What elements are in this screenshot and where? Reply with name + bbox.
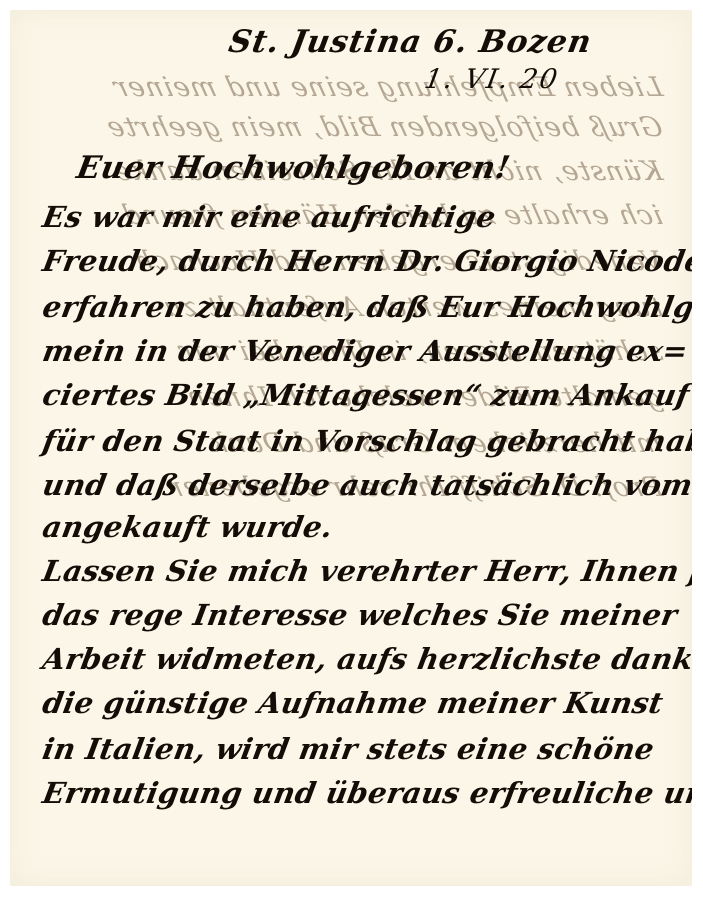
letter-salutation: Euer Hochwohlgeboren!: [74, 150, 513, 186]
letter-body-line: die günstige Aufnahme meiner Kunst: [40, 686, 666, 720]
bleed-through-line: Lieben Empfehlung seine und meiner: [18, 72, 666, 103]
letter-body-line: angekauft wurde.: [40, 510, 335, 544]
letter-body-line: Es war mir eine aufrichtige: [40, 200, 498, 234]
letter-body-line: Ermutigung und überaus erfreuliche und: [40, 776, 692, 810]
letter-place-heading: St. Justina 6. Bozen: [226, 24, 595, 60]
letter-body-line: ciertes Bild „Mittagessen“ zum Ankauf: [40, 378, 692, 412]
letter-body-line: für den Staat in Vorschlag gebracht habe…: [40, 424, 692, 458]
letter-date: 1. VI. 20: [422, 64, 561, 95]
letter-body-line: und daß derselbe auch tatsächlich vom se…: [40, 468, 692, 502]
letter-body-line: das rege Interesse welches Sie meiner: [40, 598, 680, 632]
letter-body-line: Arbeit widmeten, aufs herzlichste danken…: [40, 642, 692, 676]
letter-body-line: erfahren zu haben, daß Eur Hochwohlgeb.: [40, 290, 692, 324]
letter-body-line: Freude, durch Herrn Dr. Giorgio Nicodemi: [40, 244, 692, 278]
letter-page: Lieben Empfehlung seine und meiner Gruß …: [10, 10, 692, 886]
letter-body-line: Lassen Sie mich verehrter Herr, Ihnen fü…: [40, 554, 692, 588]
bleed-through-line: Gruß beifolgenden Bild, mein geehrte: [18, 112, 666, 143]
letter-body-line: mein in der Venediger Ausstellung ex=: [40, 334, 691, 368]
letter-body-line: in Italien, wird mir stets eine schöne: [40, 732, 657, 766]
